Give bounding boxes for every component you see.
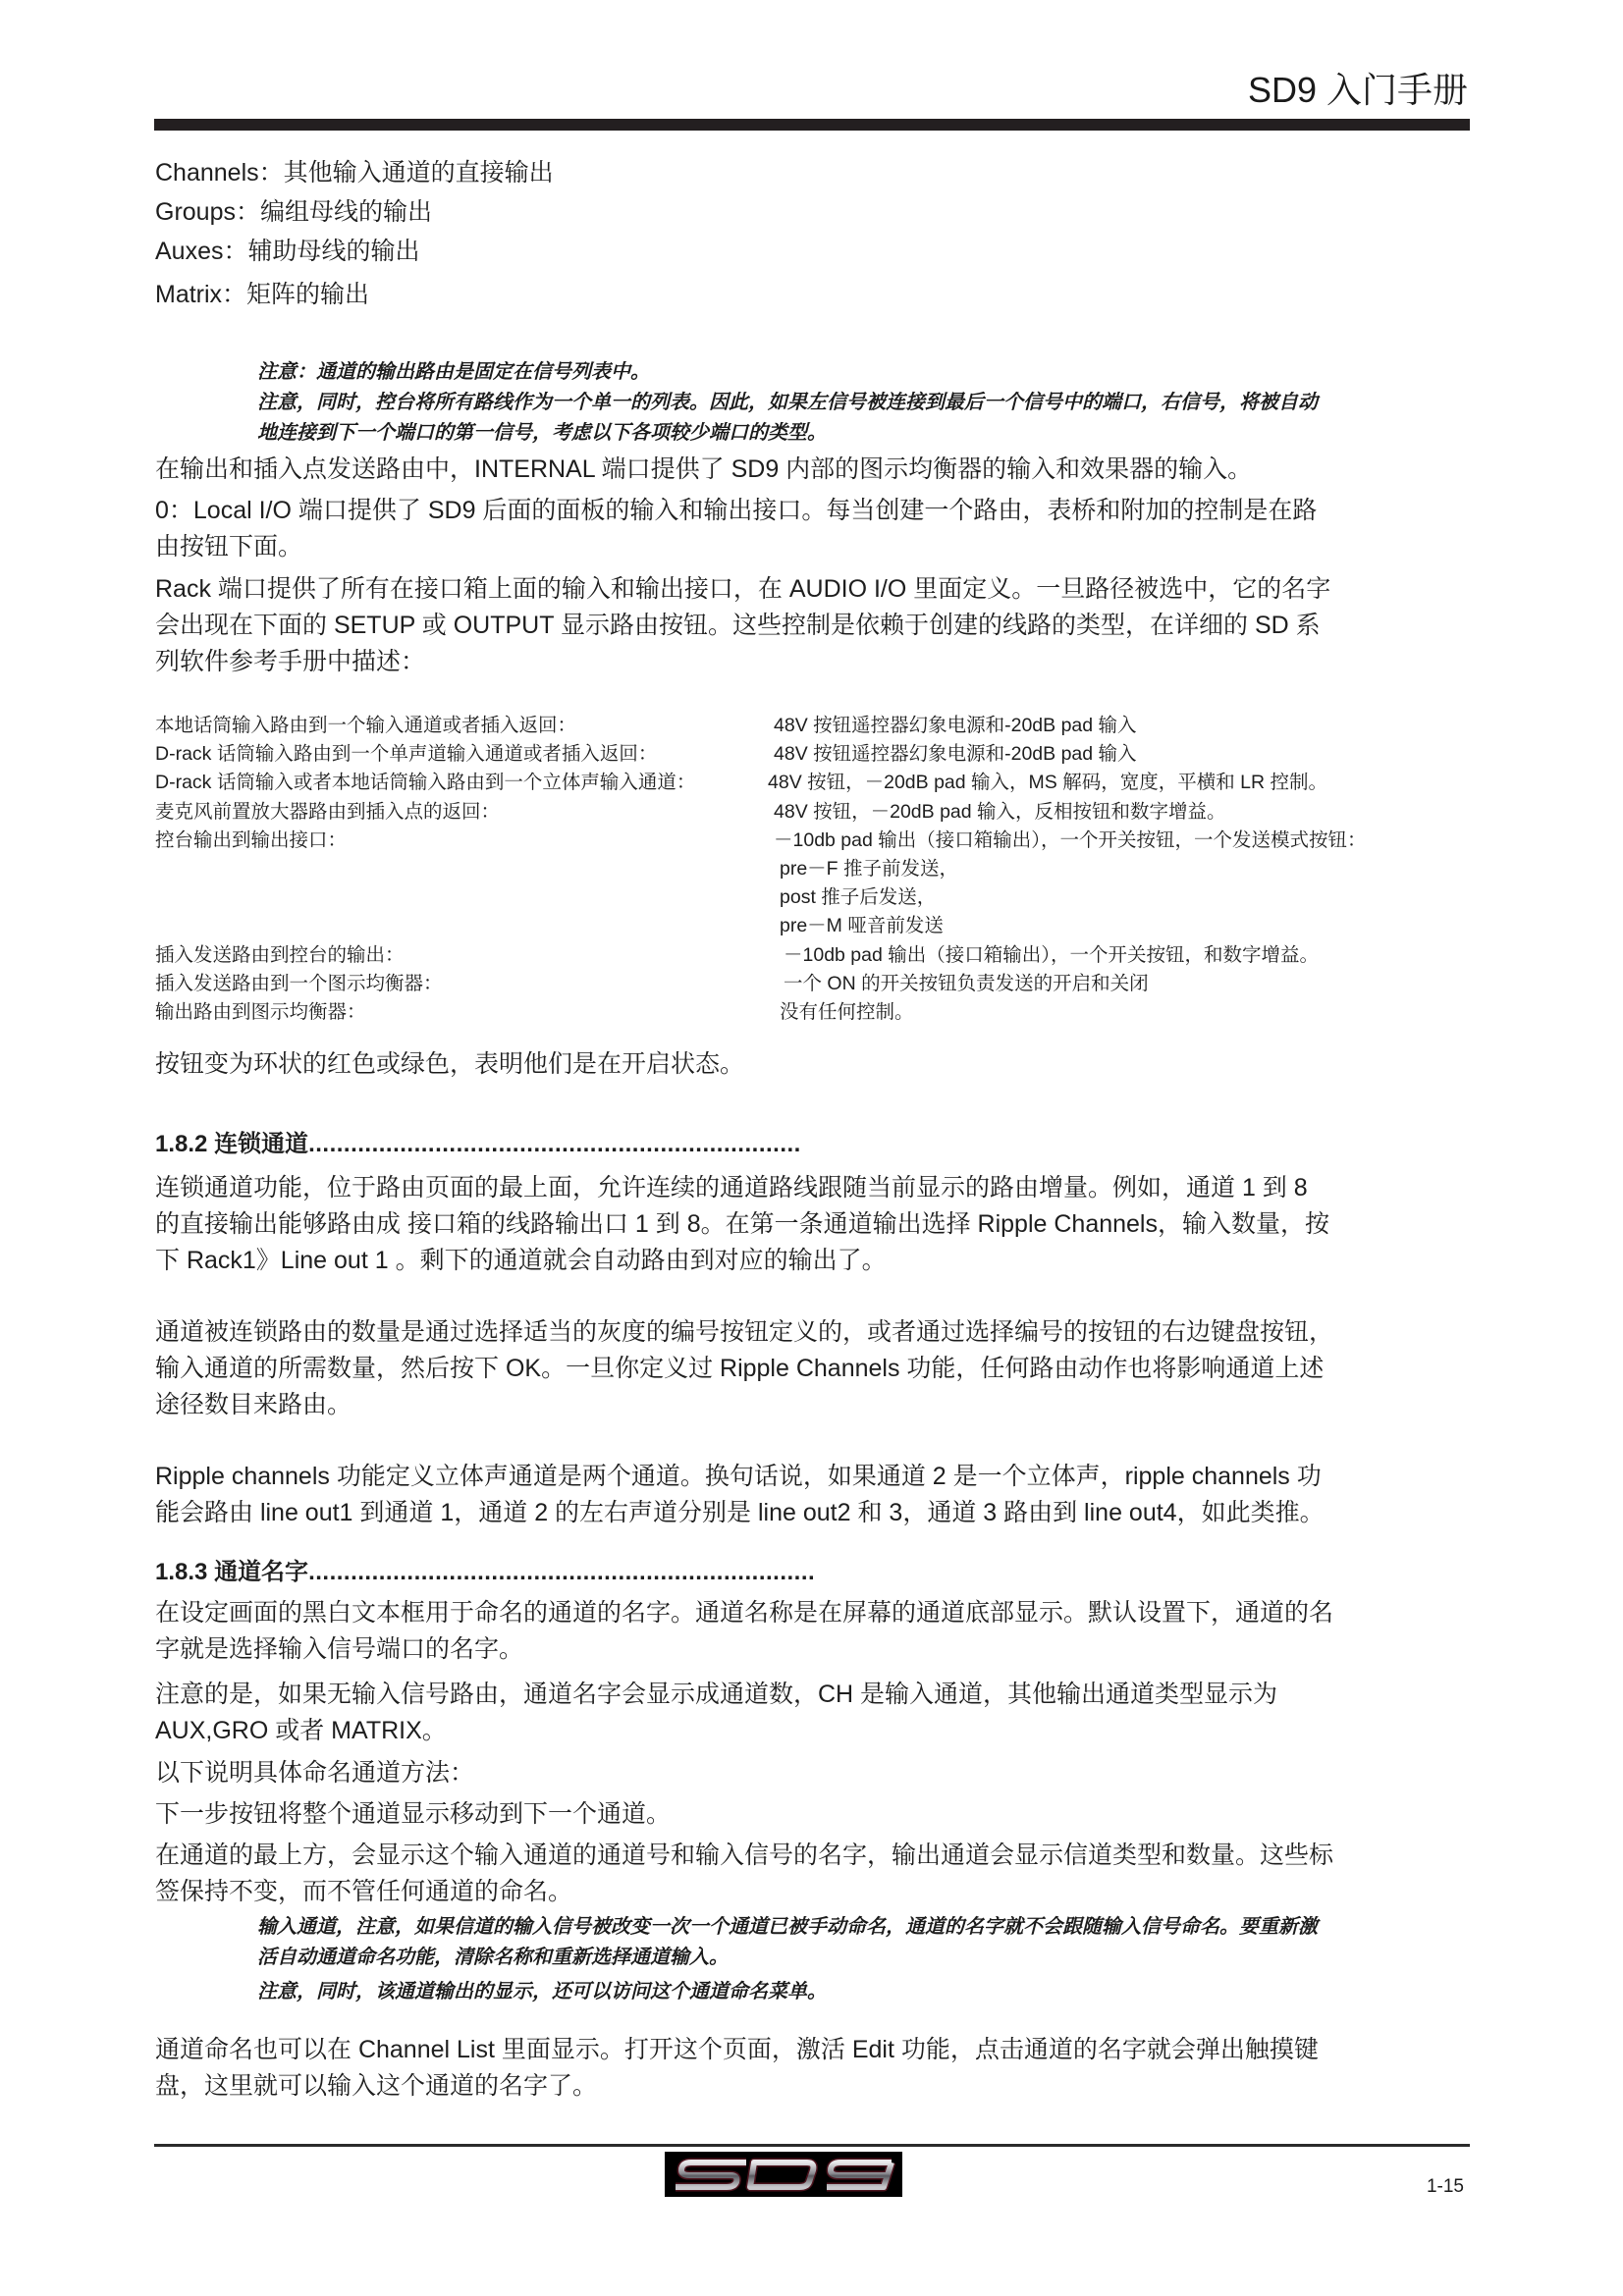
table-row: D-rack 话筒输入或者本地话筒输入路由到一个立体声输入通道：48V 按钮，－… xyxy=(155,769,1490,797)
toc-leader: ........................................… xyxy=(308,1559,815,1585)
table-row: post 推子后发送， xyxy=(155,883,1490,912)
text-line: 途径数目来路由。 xyxy=(155,1387,1476,1423)
sd9-logo-icon xyxy=(670,2155,897,2194)
text-line: Ripple channels 功能定义立体声通道是两个通道。换句话说，如果通道… xyxy=(155,1459,1476,1495)
note-line: 地连接到下一个端口的第一信号，考虑以下各项较少端口的类型。 xyxy=(257,418,1475,449)
text-line: 字就是选择输入信号端口的名字。 xyxy=(155,1631,1476,1668)
table-row: pre－F 推子前发送， xyxy=(155,855,1490,883)
text-line: 通道被连锁路由的数量是通过选择适当的灰度的编号按钮定义的，或者通过选择编号的按钮… xyxy=(155,1314,1476,1351)
text-line: 下 Rack1》Line out 1 。剩下的通道就会自动路由到对应的输出了。 xyxy=(155,1243,1476,1279)
controls-cell: －10db pad 输出（接口箱输出），一个开关按钮，和数字增益。 xyxy=(784,941,1319,970)
naming-note: 输入通道，注意，如果信道的输入信号被改变一次一个通道已被手动命名，通道的名字就不… xyxy=(257,1912,1475,2007)
text-line: 盘，这里就可以输入这个通道的名字了。 xyxy=(155,2068,1476,2105)
text-line: 注意的是，如果无输入信号路由，通道名字会显示成通道数，CH 是输入通道，其他输出… xyxy=(155,1677,1476,1713)
para-default-names: 注意的是，如果无输入信号路由，通道名字会显示成通道数，CH 是输入通道，其他输出… xyxy=(155,1677,1476,1749)
text-line: 0：Local I/O 端口提供了 SD9 后面的面板的输入和输出接口。每当创建… xyxy=(155,493,1476,529)
note-line: 输入通道，注意，如果信道的输入信号被改变一次一个通道已被手动命名，通道的名字就不… xyxy=(257,1912,1475,1943)
para-button-state: 按钮变为环状的红色或绿色，表明他们是在开启状态。 xyxy=(155,1046,1476,1083)
table-row: pre－M 哑音前发送 xyxy=(155,912,1490,940)
table-row: D-rack 话筒输入路由到一个单声道输入通道或者插入返回：48V 按钮遥控器幻… xyxy=(155,740,1490,769)
text-line: 的直接输出能够路由成 接口箱的线路输出口 1 到 8。在第一条通道输出选择 Ri… xyxy=(155,1206,1476,1243)
output-type-matrix: Matrix：矩阵的输出 xyxy=(155,277,1476,313)
text-line: 由按钮下面。 xyxy=(155,529,1476,565)
controls-cell: 48V 按钮遥控器幻象电源和-20dB pad 输入 xyxy=(774,712,1137,740)
text-line: 能会路由 line out1 到通道 1，通道 2 的左右声道分别是 line … xyxy=(155,1495,1476,1531)
para-channel-list: 通道命名也可以在 Channel List 里面显示。打开这个页面，激活 Edi… xyxy=(155,2032,1476,2105)
footer-rule xyxy=(154,2144,1470,2147)
note-line: 注意：通道的输出路由是固定在信号列表中。 xyxy=(257,357,1475,388)
output-type-auxes: Auxes：辅助母线的输出 xyxy=(155,234,1476,270)
section-heading-1-8-3: 1.8.3 通道名字..............................… xyxy=(155,1557,815,1588)
section-heading-1-8-2: 1.8.2 连锁通道..............................… xyxy=(155,1129,801,1160)
table-row: 插入发送路由到一个图示均衡器：一个 ON 的开关按钮负责发送的开启和关闭 xyxy=(155,970,1490,998)
text-line: 在设定画面的黑白文本框用于命名的通道的名字。通道名称是在屏幕的通道底部显示。默认… xyxy=(155,1595,1476,1631)
table-row: 插入发送路由到控台的输出：－10db pad 输出（接口箱输出），一个开关按钮，… xyxy=(155,941,1490,970)
route-cell: 输出路由到图示均衡器： xyxy=(155,998,366,1027)
route-cell: 控台输出到输出接口： xyxy=(155,827,347,855)
page-number: 1-15 xyxy=(1427,2176,1464,2198)
table-row: 输出路由到图示均衡器：没有任何控制。 xyxy=(155,998,1490,1027)
text-line: 签保持不变，而不管任何通道的命名。 xyxy=(155,1874,1476,1910)
section-number: 1.8.2 xyxy=(155,1131,207,1157)
controls-cell: 48V 按钮遥控器幻象电源和-20dB pad 输入 xyxy=(774,740,1137,769)
text-line: 通道命名也可以在 Channel List 里面显示。打开这个页面，激活 Edi… xyxy=(155,2032,1476,2068)
section-number: 1.8.3 xyxy=(155,1559,207,1585)
routing-controls-table: 本地话筒输入路由到一个输入通道或者插入返回：48V 按钮遥控器幻象电源和-20d… xyxy=(155,712,1490,1027)
text-line: Rack 端口提供了所有在接口箱上面的输入和输出接口，在 AUDIO I/O 里… xyxy=(155,571,1476,608)
para-local-io: 0：Local I/O 端口提供了 SD9 后面的面板的输入和输出接口。每当创建… xyxy=(155,493,1476,565)
output-type-groups: Groups：编组母线的输出 xyxy=(155,194,1476,231)
text-line: 在通道的最上方，会显示这个输入通道的通道号和输入信号的名字，输出通道会显示信道类… xyxy=(155,1838,1476,1874)
controls-cell: pre－M 哑音前发送 xyxy=(780,912,944,940)
controls-cell: 一个 ON 的开关按钮负责发送的开启和关闭 xyxy=(784,970,1149,998)
text-line: AUX,GRO 或者 MATRIX。 xyxy=(155,1713,1476,1749)
para-internal-port: 在输出和插入点发送路由中，INTERNAL 端口提供了 SD9 内部的图示均衡器… xyxy=(155,452,1476,488)
route-cell: D-rack 话筒输入或者本地话筒输入路由到一个立体声输入通道： xyxy=(155,769,695,797)
controls-cell: 48V 按钮，－20dB pad 输入，反相按钮和数字增益。 xyxy=(774,798,1226,827)
controls-cell: pre－F 推子前发送， xyxy=(780,855,958,883)
route-cell: 插入发送路由到一个图示均衡器： xyxy=(155,970,443,998)
para-next-button: 下一步按钮将整个通道显示移动到下一个通道。 xyxy=(155,1796,1476,1833)
note-line: 注意，同时，控台将所有路线作为一个单一的列表。因此，如果左信号被连接到最后一个信… xyxy=(257,388,1475,418)
text-line: 输入通道的所需数量，然后按下 OK。一旦你定义过 Ripple Channels… xyxy=(155,1351,1476,1387)
para-ripple-stereo: Ripple channels 功能定义立体声通道是两个通道。换句话说，如果通道… xyxy=(155,1459,1476,1531)
section-title: 连锁通道 xyxy=(214,1131,308,1157)
para-ripple-count: 通道被连锁路由的数量是通过选择适当的灰度的编号按钮定义的，或者通过选择编号的按钮… xyxy=(155,1314,1476,1423)
text-line: 连锁通道功能，位于路由页面的最上面，允许连续的通道路线跟随当前显示的路由增量。例… xyxy=(155,1170,1476,1206)
text-line: 会出现在下面的 SETUP 或 OUTPUT 显示路由按钮。这些控制是依赖于创建… xyxy=(155,608,1476,644)
route-cell: 麦克风前置放大器路由到插入点的返回： xyxy=(155,798,500,827)
table-row: 控台输出到输出接口：－10db pad 输出（接口箱输出），一个开关按钮，一个发… xyxy=(155,827,1490,855)
text-line: 列软件参考手册中描述： xyxy=(155,644,1476,680)
table-row: 本地话筒输入路由到一个输入通道或者插入返回：48V 按钮遥控器幻象电源和-20d… xyxy=(155,712,1490,740)
controls-cell: －10db pad 输出（接口箱输出），一个开关按钮，一个发送模式按钮： xyxy=(774,827,1367,855)
route-cell: 本地话筒输入路由到一个输入通道或者插入返回： xyxy=(155,712,576,740)
route-cell: D-rack 话筒输入路由到一个单声道输入通道或者插入返回： xyxy=(155,740,657,769)
para-rack-port: Rack 端口提供了所有在接口箱上面的输入和输出接口，在 AUDIO I/O 里… xyxy=(155,571,1476,680)
running-header-title: SD9 入门手册 xyxy=(1248,71,1468,110)
controls-cell: post 推子后发送， xyxy=(780,883,936,912)
section-title: 通道名字 xyxy=(214,1559,308,1585)
para-ripple-intro: 连锁通道功能，位于路由页面的最上面，允许连续的通道路线跟随当前显示的路由增量。例… xyxy=(155,1170,1476,1279)
route-cell: 插入发送路由到控台的输出： xyxy=(155,941,405,970)
para-channel-name-box: 在设定画面的黑白文本框用于命名的通道的名字。通道名称是在屏幕的通道底部显示。默认… xyxy=(155,1595,1476,1668)
table-row: 麦克风前置放大器路由到插入点的返回：48V 按钮，－20dB pad 输入，反相… xyxy=(155,798,1490,827)
output-type-channels: Channels：其他输入通道的直接输出 xyxy=(155,155,1476,191)
para-naming-method: 以下说明具体命名通道方法： xyxy=(155,1755,1476,1791)
para-channel-top-labels: 在通道的最上方，会显示这个输入通道的通道号和输入信号的名字，输出通道会显示信道类… xyxy=(155,1838,1476,1910)
routing-note: 注意：通道的输出路由是固定在信号列表中。 注意，同时，控台将所有路线作为一个单一… xyxy=(257,357,1475,449)
header-rule xyxy=(154,119,1470,131)
controls-cell: 48V 按钮，－20dB pad 输入，MS 解码，宽度，平横和 LR 控制。 xyxy=(768,769,1327,797)
note-line: 活自动通道命名功能，清除名称和重新选择通道输入。 xyxy=(257,1943,1475,1973)
sd9-logo xyxy=(665,2152,902,2197)
note-line: 注意，同时，该通道输出的显示，还可以访问这个通道命名菜单。 xyxy=(257,1977,1475,2007)
toc-leader: ........................................… xyxy=(308,1131,801,1157)
controls-cell: 没有任何控制。 xyxy=(780,998,914,1027)
